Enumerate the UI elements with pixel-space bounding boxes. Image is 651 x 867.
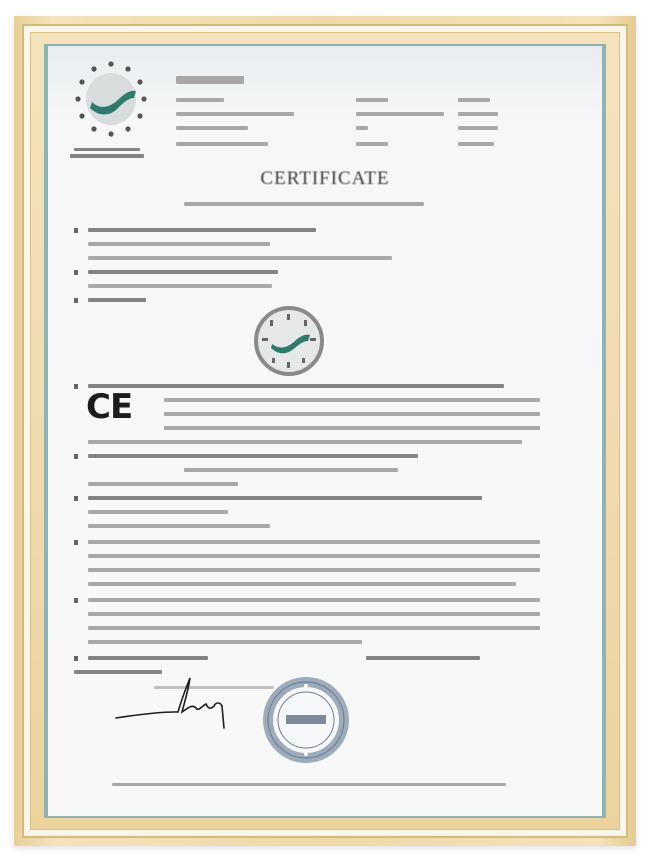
section-line (88, 270, 278, 274)
signature-icon (112, 668, 242, 738)
section-line (88, 284, 272, 288)
section-line (88, 568, 540, 572)
section-bullet (74, 454, 78, 459)
picture-frame: CERTIFICATE (14, 16, 636, 846)
section-line (88, 626, 540, 630)
section-line (88, 554, 540, 558)
section-bullet (74, 270, 78, 275)
contact-value (458, 126, 498, 130)
section-line (88, 612, 540, 616)
section-line (164, 412, 540, 416)
section-line (88, 598, 540, 602)
section-line (88, 496, 482, 500)
center-seal-icon (252, 304, 326, 378)
section-bullet (74, 656, 78, 661)
section-line (88, 298, 146, 302)
section-bullet (74, 496, 78, 501)
section-line (88, 640, 362, 644)
section-line (88, 384, 504, 388)
official-stamp-icon (260, 674, 352, 766)
section-bullet (74, 298, 78, 303)
contact-label (356, 112, 444, 116)
logo-caption-line (70, 154, 144, 158)
certificate-paper: CERTIFICATE (48, 46, 602, 816)
contact-value (458, 112, 498, 116)
certificate-title: CERTIFICATE (48, 168, 602, 190)
section-line (164, 398, 540, 402)
issuer-line (176, 112, 294, 116)
contact-value (458, 142, 494, 146)
section-line (88, 524, 270, 528)
contact-label (356, 142, 388, 146)
ce-mark-icon: CE (86, 387, 132, 427)
section-line (88, 482, 238, 486)
section-line (88, 228, 316, 232)
section-line (88, 440, 522, 444)
issuer-line (176, 98, 224, 102)
section-bullet (74, 228, 78, 233)
section-line (88, 582, 516, 586)
contact-label (356, 98, 388, 102)
section-line (88, 242, 270, 246)
footer-line (112, 783, 506, 786)
section-line (88, 510, 228, 514)
section-bullet (74, 384, 78, 389)
logo-emblem-icon (70, 58, 152, 140)
logo-caption-line (74, 148, 140, 151)
section-line (184, 468, 398, 472)
contact-label (356, 126, 368, 130)
section-line (88, 256, 392, 260)
certificate-number-line (366, 656, 480, 660)
section-bullet (74, 540, 78, 545)
section-line (164, 426, 540, 430)
contact-value (458, 98, 490, 102)
issuer-name (176, 76, 244, 84)
issuer-line (176, 142, 268, 146)
section-line (88, 454, 418, 458)
place-date-line (88, 656, 208, 660)
issuer-line (176, 126, 248, 130)
section-line (88, 540, 540, 544)
section-bullet (74, 598, 78, 603)
certificate-subtitle (184, 202, 424, 206)
frame-mat: CERTIFICATE (44, 44, 606, 818)
